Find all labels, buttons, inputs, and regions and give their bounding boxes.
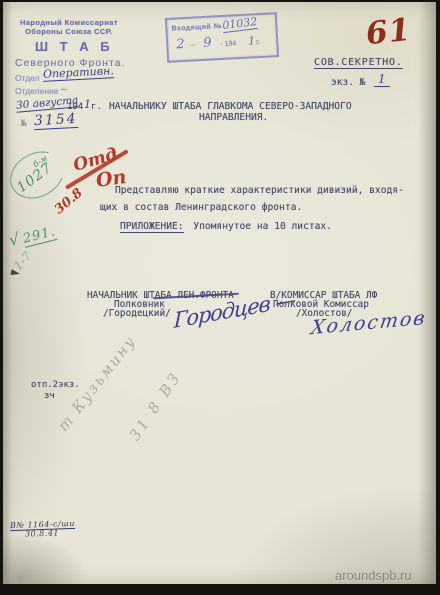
body-line1: Представляю краткие характеристики дивиз… (115, 185, 404, 196)
signature-left-name: /Городецкий/ (103, 308, 171, 319)
copies-note: отп.2экз. (31, 380, 80, 390)
letterhead-org-line1: Народный Комиссариат (20, 18, 118, 27)
attachment-text: Упомянутое на 10 листах. (193, 221, 332, 232)
attachment-line: ПРИЛОЖЕНИЕ: Упомянутое на 10 листах. (120, 221, 332, 232)
body-line2: щих в состав Ленинградского фронта. (100, 202, 302, 213)
pencil-note-date: 31 8 ВЗ (126, 368, 185, 444)
site-watermark: aroundspb.ru (335, 568, 412, 583)
stamp-year-typed: · 194 (220, 40, 236, 48)
stamp-year-hand: 1 (248, 34, 256, 47)
classification-secret: СОВ.СЕКРЕТНО. (314, 57, 403, 69)
letterhead-dept-label: Отдел (15, 73, 40, 83)
stamp-year-suffix: г. (256, 39, 260, 46)
document-page: Народный Комиссариат Обороны Союза ССР. … (3, 2, 436, 584)
letterhead-date-year-hand: 1 (84, 98, 91, 111)
typist-initials: зч (44, 391, 55, 401)
letterhead-number-value: 3154 (34, 111, 78, 130)
stamp-month: 9 (203, 36, 212, 51)
letterhead-org-line2: Обороны Союза ССР. (25, 27, 113, 36)
addressee-line2: НАПРАВЛЕНИЯ. (199, 112, 268, 123)
stamp-label: Входящий № (171, 23, 222, 33)
copy-label: экз. № (331, 77, 365, 88)
letterhead-staff: Ш Т А Б (35, 39, 114, 54)
stamp-dash: – (190, 40, 196, 50)
green-checkmark: √ (8, 229, 21, 249)
copy-number: 1 (374, 72, 390, 87)
pencil-arrow-mark (10, 269, 20, 277)
letterhead-dept-value: Оперативн. (43, 64, 115, 82)
attachment-label: ПРИЛОЖЕНИЕ: (120, 221, 184, 233)
incoming-stamp: Входящий № 01032 2 – 9 · 194 1 г. (165, 12, 279, 63)
green-ref-number: 291. (22, 224, 58, 247)
page-number: 61 (364, 12, 413, 53)
stamp-number: 01032 (222, 15, 258, 33)
addressee-line1: НАЧАЛЬНИКУ ШТАБА ГЛАВКОМА СЕВЕРО-ЗАПАДНО… (109, 101, 352, 112)
letterhead-number-sign: № (21, 119, 26, 129)
letterhead-date-suffix: г. (91, 102, 102, 112)
stamp-day: 2 (176, 37, 185, 52)
letterhead-section-value: — (61, 84, 67, 95)
letterhead-section-label: Отделение (15, 86, 58, 96)
archive-date: 30.8.41 (25, 528, 59, 538)
scanned-document: Народный Комиссариат Обороны Союза ССР. … (0, 0, 440, 595)
red-note-date: 30.8 (52, 186, 86, 218)
